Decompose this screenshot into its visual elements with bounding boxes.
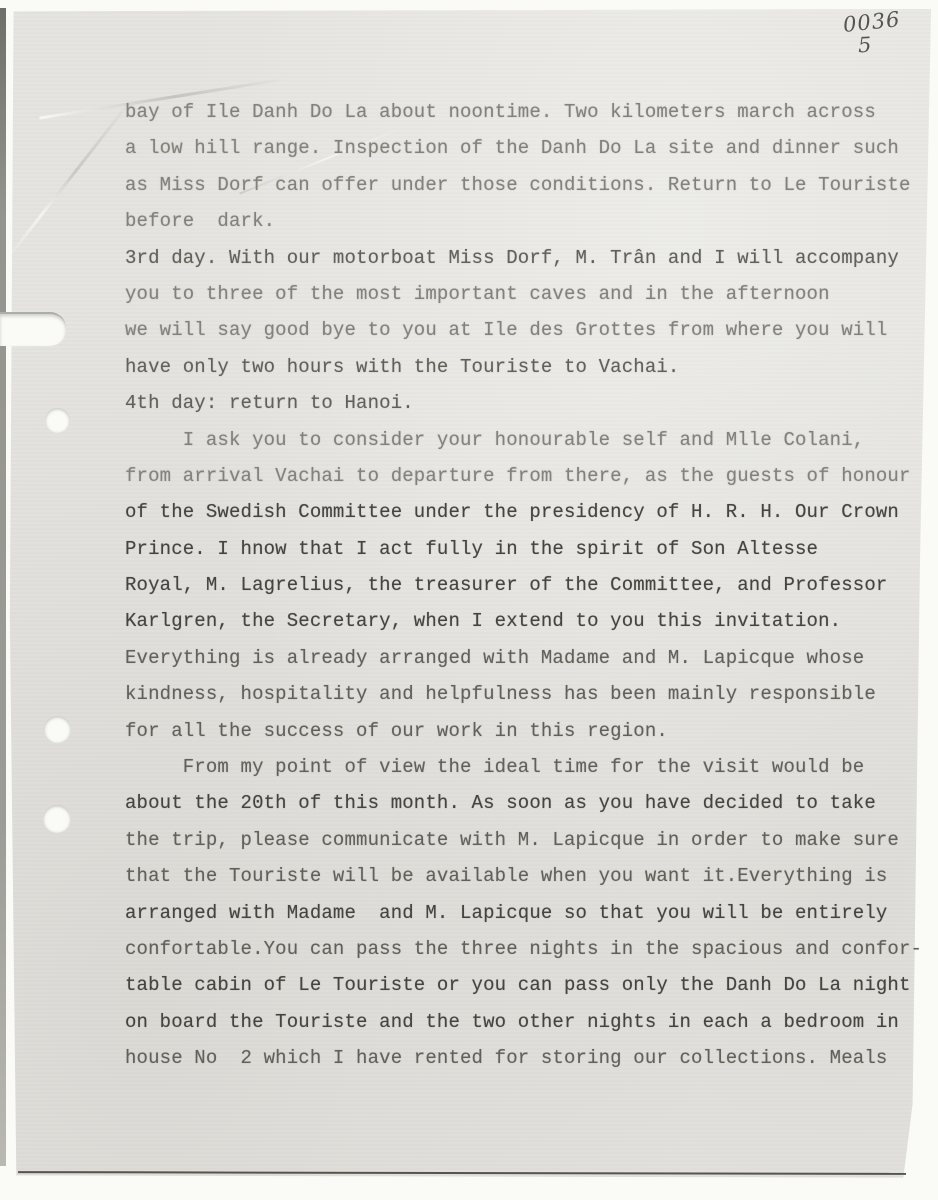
- page-number: 5: [857, 33, 872, 58]
- typed-line: on board the Touriste and the two other …: [125, 1004, 925, 1040]
- typed-line: from arrival Vachai to departure from th…: [125, 458, 925, 494]
- scanned-letter-page: 0036 5 bay of Ile Danh Do La about noont…: [0, 0, 938, 1200]
- typed-letter-body: bay of Ile Danh Do La about noontime. Tw…: [125, 94, 925, 1077]
- typed-line: 3rd day. With our motorboat Miss Dorf, M…: [125, 240, 925, 276]
- typed-line: as Miss Dorf can offer under those condi…: [125, 167, 925, 203]
- typed-line: Karlgren, the Secretary, when I extend t…: [125, 603, 925, 639]
- typed-line: the trip, please communicate with M. Lap…: [125, 822, 925, 858]
- typed-line: have only two hours with the Touriste to…: [125, 349, 925, 385]
- typed-line: house No 2 which I have rented for stori…: [125, 1040, 925, 1076]
- scanner-edge-shadow: [0, 8, 6, 1166]
- typed-line: Prince. I hnow that I act fully in the s…: [125, 531, 925, 567]
- typed-line: Royal, M. Lagrelius, the treasurer of th…: [125, 567, 925, 603]
- fold-crease: [7, 99, 132, 258]
- typed-line: I ask you to consider your honourable se…: [125, 422, 925, 458]
- typed-line: bay of Ile Danh Do La about noontime. Tw…: [125, 94, 925, 130]
- typed-line: From my point of view the ideal time for…: [125, 749, 925, 785]
- typed-line: for all the success of our work in this …: [125, 713, 925, 749]
- typed-line: arranged with Madame and M. Lapicque so …: [125, 895, 925, 931]
- typed-line: that the Touriste will be available when…: [125, 858, 925, 894]
- typed-line: kindness, hospitality and helpfulness ha…: [125, 676, 925, 712]
- typed-line: a low hill range. Inspection of the Danh…: [125, 130, 925, 166]
- torn-punch-hole: [0, 312, 66, 346]
- typed-line: Everything is already arranged with Mada…: [125, 640, 925, 676]
- punch-hole: [43, 805, 71, 833]
- punch-hole: [44, 716, 71, 743]
- typed-line: about the 20th of this month. As soon as…: [125, 785, 925, 821]
- typed-line: of the Swedish Committee under the presi…: [125, 494, 925, 530]
- typed-line: before dark.: [125, 203, 925, 239]
- typed-line: confortable.You can pass the three night…: [125, 931, 925, 967]
- typed-line: table cabin of Le Touriste or you can pa…: [125, 967, 925, 1003]
- punch-hole: [45, 408, 70, 433]
- typed-line: you to three of the most important caves…: [125, 276, 925, 312]
- typed-line: we will say good bye to you at Ile des G…: [125, 312, 925, 348]
- typed-line: 4th day: return to Hanoi.: [125, 385, 925, 421]
